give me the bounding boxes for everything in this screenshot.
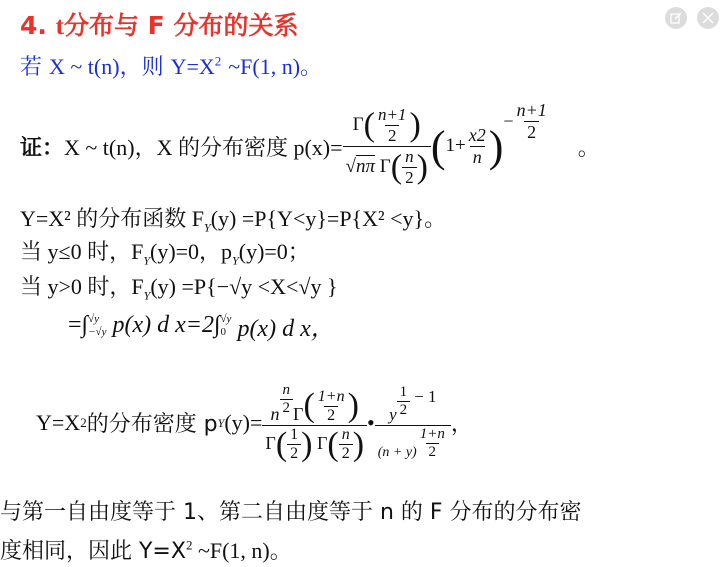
- integral-line: =∫ √y−√y p(x) d x=2∫ √y0 p(x) d x，: [68, 308, 335, 343]
- edit-icon: [670, 12, 682, 24]
- close-icon: [702, 12, 714, 24]
- positive-case: 当 y>0 时，FY(y) =P{−√y <X<√y }: [20, 270, 338, 301]
- nonpositive-case: 当 y≤0 时，FY(y)=0，pY(y)=0；: [20, 235, 310, 266]
- conclusion-line-1: 与第一自由度等于 1、第二自由度等于 n 的 F 分布的分布密: [0, 495, 582, 526]
- conclusion-line-2: 度相同，因此 Y=X2 ~F(1, n)。: [0, 534, 292, 565]
- close-button[interactable]: [697, 7, 719, 29]
- proof-density: 证： X ~ t(n)，X 的分布密度 p(x)= Γ(n+12) √nπ Γ(…: [20, 96, 600, 196]
- section-title: 4. t分布与 F 分布的关系: [20, 6, 298, 42]
- edit-button[interactable]: [665, 7, 687, 29]
- theorem-statement: 若 X ~ t(n)，则 Y=X2 ~F(1, n)。: [20, 50, 322, 81]
- pdf-line: Y=X2 的分布密度 pY(y)= n n2 Γ(1+n2) Γ(12) Γ(n…: [36, 360, 473, 485]
- cdf-line: Y=X² 的分布函数 FY(y) =P{Y<y}=P{X² <y}。: [20, 202, 446, 233]
